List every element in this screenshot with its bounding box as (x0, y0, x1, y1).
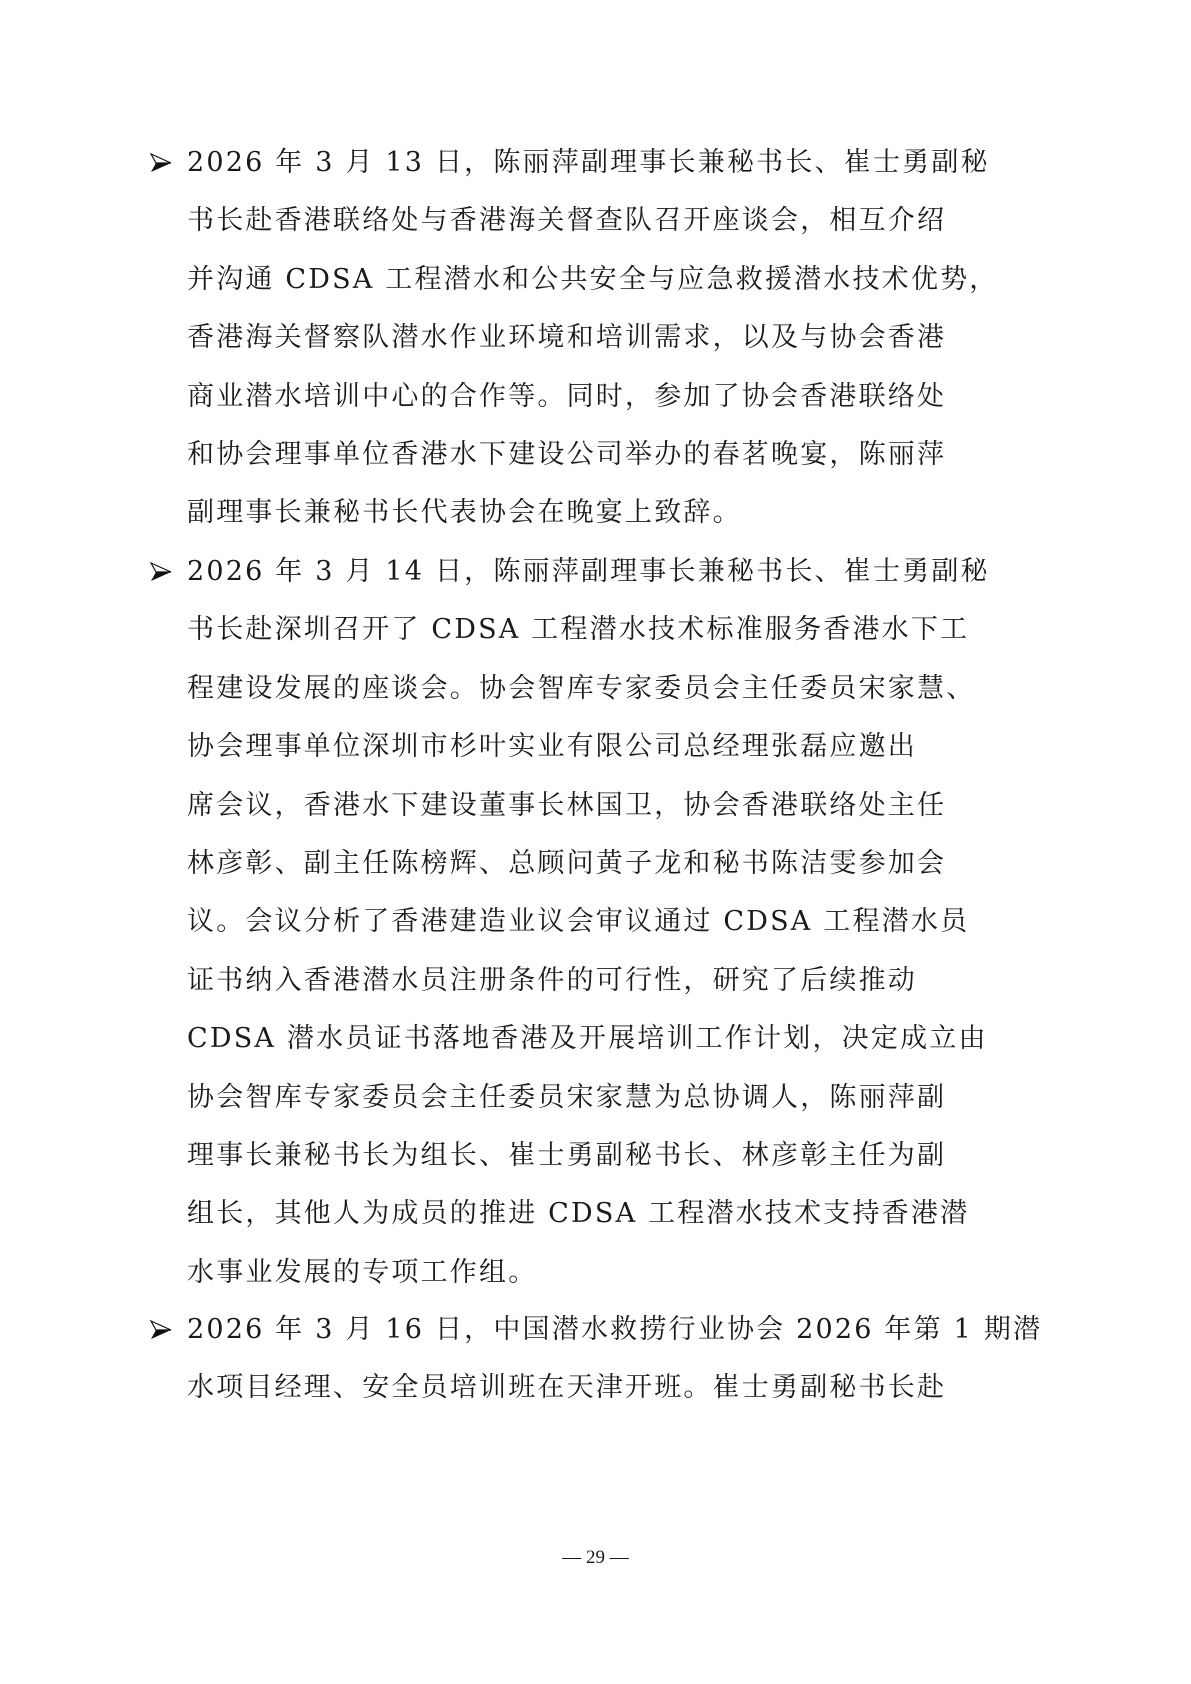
text-line: 组长，其他人为成员的推进 CDSA 工程潜水技术支持香港潜 (187, 1185, 969, 1243)
text-line: 书长赴深圳召开了 CDSA 工程潜水技术标准服务香港水下工 (187, 601, 969, 659)
text-line: CDSA 潜水员证书落地香港及开展培训工作计划，决定成立由 (187, 1010, 988, 1068)
text-line: 香港海关督察队潜水作业环境和培训需求，以及与协会香港 (187, 309, 946, 367)
text-line: 议。会议分析了香港建造业议会审议通过 CDSA 工程潜水员 (187, 893, 969, 951)
arrowhead-bullet-icon (150, 1301, 178, 1359)
text-line: 并沟通 CDSA 工程潜水和公共安全与应急救援潜水技术优势， (187, 251, 998, 309)
text-line: 理事长兼秘书长为组长、崔士勇副秘书长、林彦彰主任为副 (187, 1127, 946, 1185)
document-page: 2026 年 3 月 13 日，陈丽萍副理事长兼秘书长、崔士勇副秘 书长赴香港联… (0, 0, 1191, 1684)
text-line: 协会智库专家委员会主任委员宋家慧为总协调人，陈丽萍副 (187, 1069, 946, 1127)
page-number: — 29 — (0, 1544, 1191, 1572)
text-line: 水事业发展的专项工作组。 (187, 1244, 537, 1302)
text-line: 2026 年 3 月 16 日，中国潜水救捞行业协会 2026 年第 1 期潜 (187, 1301, 1042, 1359)
text-line: 2026 年 3 月 14 日，陈丽萍副理事长兼秘书长、崔士勇副秘 (187, 543, 990, 601)
text-line: 商业潜水培训中心的合作等。同时，参加了协会香港联络处 (187, 368, 946, 426)
text-line: 副理事长兼秘书长代表协会在晚宴上致辞。 (187, 484, 742, 542)
text-line: 证书纳入香港潜水员注册条件的可行性，研究了后续推动 (187, 952, 917, 1010)
text-line: 水项目经理、安全员培训班在天津开班。崔士勇副秘书长赴 (187, 1359, 946, 1417)
text-line: 和协会理事单位香港水下建设公司举办的春茗晚宴，陈丽萍 (187, 426, 946, 484)
text-line: 2026 年 3 月 13 日，陈丽萍副理事长兼秘书长、崔士勇副秘 (187, 134, 990, 192)
text-line: 席会议，香港水下建设董事长林国卫，协会香港联络处主任 (187, 777, 946, 835)
text-line: 书长赴香港联络处与香港海关督查队召开座谈会，相互介绍 (187, 192, 946, 250)
text-line: 林彦彰、副主任陈榜辉、总顾问黄子龙和秘书陈洁雯参加会 (187, 835, 946, 893)
arrowhead-bullet-icon (150, 543, 178, 601)
text-line: 协会理事单位深圳市杉叶实业有限公司总经理张磊应邀出 (187, 718, 917, 776)
arrowhead-bullet-icon (150, 134, 178, 192)
text-line: 程建设发展的座谈会。协会智库专家委员会主任委员宋家慧、 (187, 660, 975, 718)
